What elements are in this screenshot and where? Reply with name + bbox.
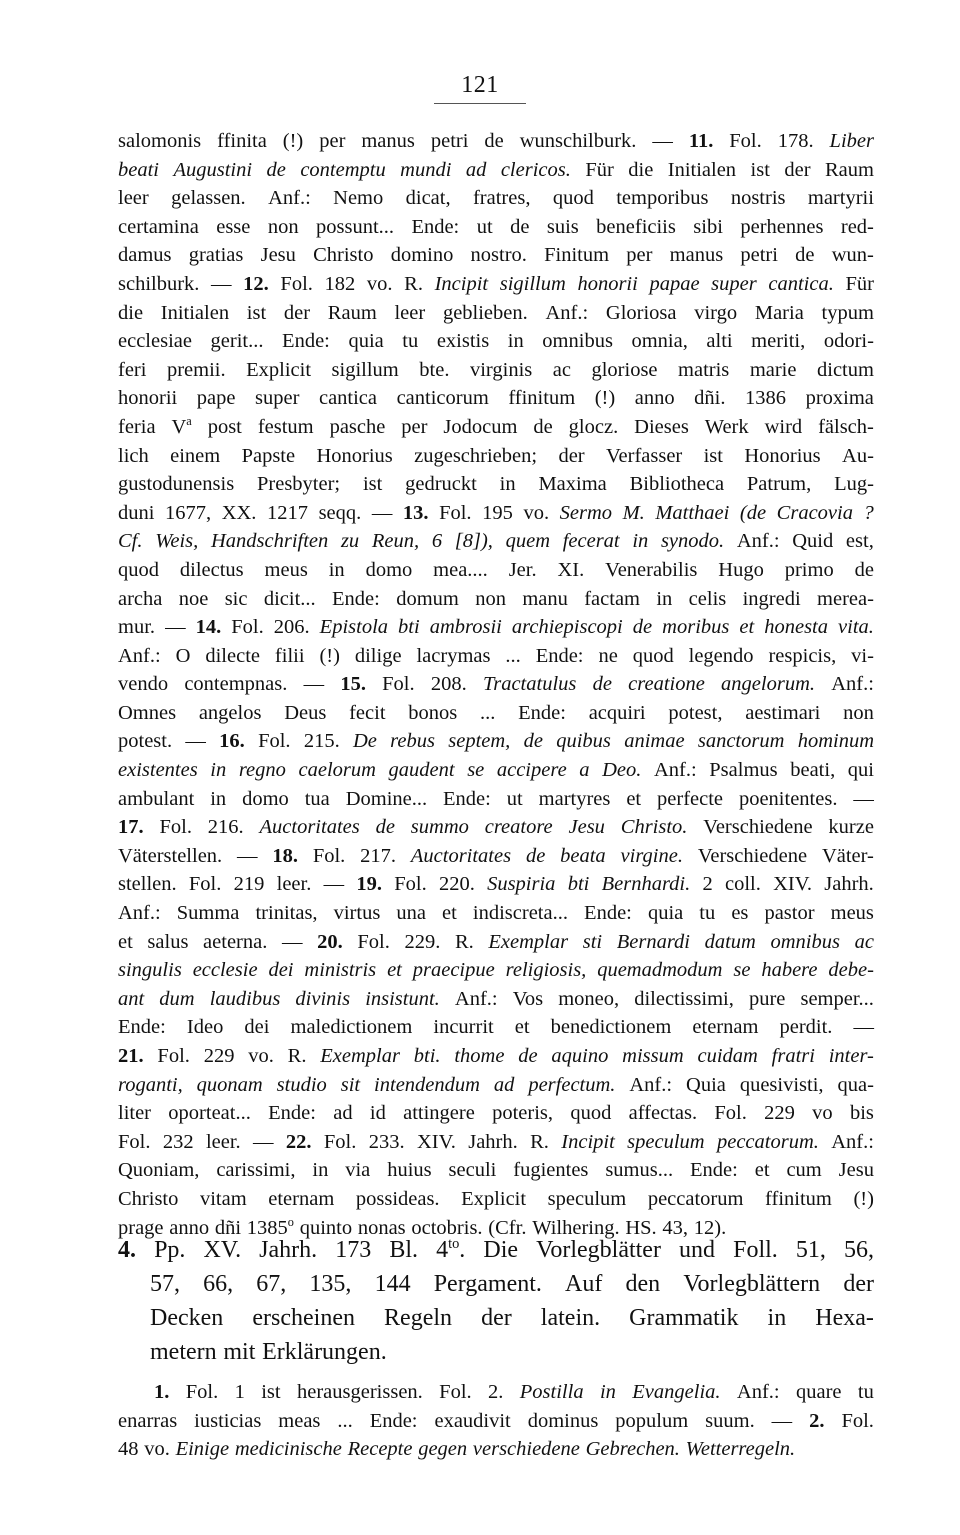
text-line: roganti,quonamstudiositintendendumadperf… (118, 1071, 874, 1100)
body-text: virginis (470, 356, 532, 385)
work-title-text: sit (341, 1071, 360, 1100)
body-text: perdit. (779, 1013, 832, 1042)
work-title-text: debe- (828, 956, 874, 985)
body-text: Ende: (584, 899, 632, 928)
body-text: 57, (150, 1267, 180, 1301)
text-line: Väterstellen.—18.Fol.217.Auctoritatesdeb… (118, 842, 874, 871)
work-title-text: [8]), (455, 527, 493, 556)
body-text: carissimi, (216, 1156, 295, 1185)
work-title-text: synodo. (661, 527, 724, 556)
body-text: 229 (204, 1042, 235, 1071)
item-number: 4. (118, 1233, 136, 1267)
body-text: Fol. (439, 1378, 471, 1407)
body-text: manus (670, 241, 724, 270)
body-text: Vos (513, 985, 543, 1014)
body-text: ambulant (118, 785, 194, 814)
body-text: Anf.: (545, 299, 588, 328)
body-text: Va (171, 413, 191, 442)
body-text: tu (402, 327, 418, 356)
body-text: 2. (488, 1378, 503, 1407)
body-text: legendo (689, 642, 754, 671)
body-text: qui (848, 756, 874, 785)
body-text: 1 (235, 1378, 245, 1407)
body-text: 233. (369, 1128, 405, 1157)
work-title-text: Einige (176, 1435, 230, 1464)
body-text: suum. (705, 1407, 755, 1436)
body-text: Bibliotheca (630, 470, 725, 499)
work-title-text: 6 (432, 527, 442, 556)
body-text: XX. (222, 499, 257, 528)
body-text: attingere (403, 1099, 475, 1128)
body-text: vo. (248, 1042, 274, 1071)
body-text: Die (483, 1233, 518, 1267)
body-text: Für (585, 156, 613, 185)
item-number: 12. (243, 270, 269, 299)
body-text: Vorlegblätter (536, 1233, 661, 1267)
body-text: Anf.: (831, 670, 874, 699)
work-title-text: praecipue (413, 956, 495, 985)
body-text: Auf (565, 1267, 602, 1301)
body-text: die (628, 156, 653, 185)
work-title-text: Bernhardi. (602, 870, 691, 899)
text-line: vendocontempnas.—15.Fol.208.Tractatulusd… (118, 670, 874, 699)
body-text: in (768, 1301, 787, 1335)
body-text: ist (247, 299, 266, 328)
body-text: Dieses (634, 413, 689, 442)
body-text: 51, (796, 1233, 826, 1267)
work-title-text: Matthaei (655, 499, 729, 528)
work-title-text: Postilla (520, 1378, 584, 1407)
body-text: Regeln (384, 1301, 452, 1335)
body-text: meas (278, 1407, 320, 1436)
work-title-text: thome (454, 1042, 504, 1071)
body-text: gelassen. (171, 184, 246, 213)
body-text: — (372, 499, 393, 528)
work-title-text: de (376, 813, 395, 842)
work-title-text: super (711, 270, 757, 299)
body-text: 4to. (436, 1233, 465, 1267)
body-text: fälsch- (818, 413, 874, 442)
body-text: Christo (118, 1185, 178, 1214)
text-line: etsalusaeterna.—20.Fol.229.R.Exemplarsti… (118, 928, 874, 957)
body-text: huius (387, 1156, 431, 1185)
body-text: moneo, (558, 985, 619, 1014)
body-text: Jer. (509, 556, 537, 585)
body-text: schilburk. (118, 270, 199, 299)
work-title-text: beati (118, 156, 159, 185)
body-text: vo. (144, 1435, 170, 1464)
body-text: ffinitum (508, 384, 575, 413)
body-text: — (772, 1407, 793, 1436)
work-title-text: dei (268, 956, 293, 985)
body-text: vendo (118, 670, 168, 699)
body-text: manu (522, 585, 568, 614)
body-text: benedictionem (551, 1013, 672, 1042)
body-text: Quid (792, 527, 833, 556)
work-title-text: Gebrechen. (586, 1435, 680, 1464)
body-text: gedruckt (405, 470, 477, 499)
work-title-text: beata (560, 842, 606, 871)
body-text: matris (678, 356, 729, 385)
body-text: typum (822, 299, 874, 328)
work-title-text: virgine. (621, 842, 683, 871)
body-text: omnibus (542, 327, 613, 356)
body-text: archa (118, 585, 162, 614)
body-text: et (515, 1013, 530, 1042)
body-text: Maxima (538, 470, 606, 499)
body-text: geblieben. (443, 299, 528, 328)
body-text: erscheinen (252, 1301, 355, 1335)
work-title-text: divinis (295, 985, 350, 1014)
body-text: lich (118, 442, 149, 471)
body-text: Verfasser (606, 442, 682, 471)
body-text: Initialen (668, 156, 736, 185)
body-text: Verschiedene (703, 813, 812, 842)
text-line: duni1677,XX.1217seqq.—13.Fol.195vo.Sermo… (118, 499, 874, 528)
body-text: Anf.: (118, 899, 161, 928)
body-text: ingredi (743, 585, 801, 614)
body-text: bis (850, 1099, 874, 1128)
work-title-text: bti. (414, 1042, 441, 1071)
text-line: 1.Fol.1istherausgerissen.Fol.2.Postillai… (118, 1378, 874, 1407)
work-title-text: quonam (197, 1071, 263, 1100)
body-text: coll. (725, 870, 761, 899)
body-text: de (795, 241, 814, 270)
body-text: 219 (234, 870, 265, 899)
work-title-text: zu (341, 527, 359, 556)
work-title-text: ? (864, 499, 874, 528)
body-text: cum (786, 1156, 821, 1185)
body-text: Ende: (332, 585, 380, 614)
body-text: certamina (118, 213, 199, 242)
body-text: vi- (851, 642, 874, 671)
body-text: Fol. (189, 870, 221, 899)
body-text: maledictionem (291, 1013, 413, 1042)
body-text: cantica (319, 384, 377, 413)
body-text: herausgerissen. (297, 1378, 423, 1407)
body-text: existis (437, 327, 489, 356)
body-text: Patrum, (747, 470, 811, 499)
body-text: Papste (242, 442, 296, 471)
text-line: 4.Pp.XV.Jahrh.173Bl.4to.DieVorlegblätter… (118, 1233, 874, 1267)
body-text: leer (118, 184, 149, 213)
work-title-text: roganti, (118, 1071, 183, 1100)
body-text: mea.... (433, 556, 488, 585)
body-text: ad (333, 1099, 352, 1128)
work-title-text: quibus (556, 727, 611, 756)
body-text: Domine... (346, 785, 427, 814)
body-text: in (210, 785, 226, 814)
body-text: proxima (806, 384, 874, 413)
body-text: dilectissimi, (634, 985, 734, 1014)
body-text: acquiri (589, 699, 646, 728)
body-text: Initialen (161, 299, 229, 328)
body-text: quesivisti, (740, 1071, 824, 1100)
body-text: feria (118, 413, 156, 442)
body-text: Finitum (544, 241, 609, 270)
body-text: Quia (686, 1071, 726, 1100)
text-line: existentesinregnocaelorumgaudentseaccipe… (118, 756, 874, 785)
work-title-text: Evangelia. (632, 1378, 720, 1407)
body-text: esse (216, 213, 250, 242)
body-text: gerit... (211, 327, 264, 356)
work-title-text: ecclesie (193, 956, 258, 985)
body-text: Foll. (733, 1233, 778, 1267)
body-text: quia (348, 327, 383, 356)
page-number: 121 (0, 72, 960, 99)
work-title-text: septem, (448, 727, 510, 756)
body-text: ut (477, 213, 493, 242)
work-title-text: sti (583, 928, 602, 957)
body-text: 178. (778, 127, 814, 156)
text-line: salomonisffinita(!)permanuspetridewunsch… (118, 127, 874, 156)
body-text: ne (598, 642, 617, 671)
body-text: — (185, 727, 206, 756)
body-text: est, (846, 527, 874, 556)
body-text: nostris (731, 184, 786, 213)
body-text: seculi (449, 1156, 497, 1185)
work-title-text: ant (118, 985, 144, 1014)
work-title-text: contemptu (300, 156, 385, 185)
body-text: Vorlegblättern (683, 1267, 820, 1301)
body-text: in (329, 556, 345, 585)
body-text: eternam (692, 1013, 758, 1042)
body-text: Jodocum (443, 413, 517, 442)
work-title-text: quem (506, 527, 550, 556)
work-title-text: cantica. (768, 270, 833, 299)
body-text: dicat, (406, 184, 451, 213)
body-text: Väterstellen. (118, 842, 222, 871)
work-title-text: animae (624, 727, 684, 756)
body-text: Ende: (518, 699, 566, 728)
body-text: meriti, (751, 327, 805, 356)
work-title-text: papae (649, 270, 699, 299)
text-line: Anf.:Odilectefilii(!)diligelacrymas...En… (118, 642, 874, 671)
body-text: to (448, 1236, 459, 1252)
work-title-text: Wetterregeln. (686, 1435, 796, 1464)
body-text: de (533, 413, 552, 442)
work-title-text: de (593, 670, 612, 699)
work-title-text: religiosis, (506, 956, 587, 985)
body-text: und (679, 1233, 715, 1267)
work-title-text: Christo. (621, 813, 688, 842)
work-title-text: fratri (772, 1042, 815, 1071)
body-text: Anf.: (455, 985, 498, 1014)
body-text: non (843, 699, 874, 728)
body-text: Fol. (439, 499, 471, 528)
body-text: Fol. (159, 813, 191, 842)
body-text: Psalmus (709, 756, 777, 785)
work-title-text: Auctoritates (411, 842, 511, 871)
body-text: der (481, 1301, 512, 1335)
body-text: Explicit (461, 1185, 526, 1214)
text-line: potest.—16.Fol.215.Derebusseptem,dequibu… (118, 727, 874, 756)
body-text: Jesu (261, 241, 296, 270)
body-text: bte. (419, 356, 449, 385)
text-line: antdumlaudibusdivinisinsistunt.Anf.:Vosm… (118, 985, 874, 1014)
body-text: mur. (118, 613, 155, 642)
body-text: pastor (764, 899, 814, 928)
body-text: 182 (325, 270, 356, 299)
work-title-text: perfectum. (528, 1071, 615, 1100)
text-line: Ende:Ideodeimaledictionemincurritetbened… (118, 1013, 874, 1042)
text-line: certaminaessenonpossunt...Ende:utdesuisb… (118, 213, 874, 242)
text-line: 48vo.EinigemedicinischeReceptegegenversc… (118, 1435, 874, 1464)
work-title-text: inter- (829, 1042, 874, 1071)
body-text: de (855, 556, 874, 585)
body-text: oporteat... (168, 1099, 251, 1128)
body-text: 215. (304, 727, 340, 756)
body-text: leer. (206, 1128, 241, 1157)
body-text: glocz. (569, 413, 619, 442)
body-text: affectas. (629, 1099, 697, 1128)
work-title-text: Bernardi (617, 928, 690, 957)
body-text: Ideo (187, 1013, 223, 1042)
body-text: Werk (705, 413, 749, 442)
item-number: 21. (118, 1042, 144, 1071)
body-text: Fol. (258, 727, 290, 756)
work-title-text: speculum (627, 1128, 704, 1157)
body-text: 144 (375, 1267, 411, 1301)
body-text: Für (845, 270, 873, 299)
item-number: 20. (317, 928, 343, 957)
body-text: per (626, 241, 652, 270)
work-title-text: ad (466, 156, 487, 185)
body-text: beneficiis (596, 213, 676, 242)
text-line: mur.—14.Fol.206.Epistolabtiambrosiiarchi… (118, 613, 874, 642)
work-title-text: mundi (400, 156, 451, 185)
body-text: ecclesiae (118, 327, 192, 356)
body-text: marie (750, 356, 797, 385)
body-text: Fol. (186, 1378, 218, 1407)
body-text: tu (699, 899, 715, 928)
body-text: virtus (334, 899, 381, 928)
body-text: Ende: (282, 327, 330, 356)
body-text: vo (812, 1099, 833, 1128)
body-text: potest. (118, 727, 172, 756)
body-text: eternam (268, 1185, 334, 1214)
body-text: R. (530, 1128, 549, 1157)
body-text: vo. (367, 270, 393, 299)
body-text: ffinita (217, 127, 267, 156)
text-line: archanoesicdicit...Ende:domumnonmanufact… (118, 585, 874, 614)
body-text: in (508, 327, 524, 356)
work-title-text: Jesu (569, 813, 605, 842)
body-text: poenitentes. (739, 785, 838, 814)
body-text: Christo (313, 241, 373, 270)
body-text: (!) (853, 1185, 873, 1214)
body-text: Jahrh. (468, 1128, 518, 1157)
text-line: feriaVapostfestumpascheperJodocumdeglocz… (118, 413, 874, 442)
work-title-text: Reun, (372, 527, 419, 556)
work-title-text: Exemplar (488, 928, 568, 957)
text-line: Quoniam,carissimi,inviahuiusseculifugien… (118, 1156, 874, 1185)
work-title-text: peccatorum. (717, 1128, 819, 1157)
body-text: possunt... (316, 213, 394, 242)
body-text: Fol. (280, 270, 312, 299)
item-number: 11. (689, 127, 714, 156)
body-text: sic (225, 585, 248, 614)
work-title-text: omnibus (770, 928, 839, 957)
body-text: 229. (404, 928, 440, 957)
body-text: dilectus (180, 556, 244, 585)
work-title-text: caelorum (299, 756, 376, 785)
body-text: et (626, 785, 641, 814)
work-title-text: Recepte (348, 1435, 413, 1464)
body-text: 216. (208, 813, 244, 842)
body-text: bonos (408, 699, 457, 728)
body-text: 1677, (165, 499, 211, 528)
body-text: meus (265, 556, 308, 585)
body-text: Raum (825, 156, 874, 185)
work-title-text: De (353, 727, 377, 756)
body-text: stellen. (118, 870, 177, 899)
body-text: Pp. (154, 1233, 185, 1267)
body-text: wunschilburk. (520, 127, 637, 156)
body-text: (!) (595, 384, 615, 413)
body-text: incurrit (433, 1013, 493, 1042)
body-text: Honorius (316, 442, 392, 471)
body-text: Jesu (839, 1156, 874, 1185)
body-text: Anf.: (737, 527, 780, 556)
body-text: filii (275, 642, 305, 671)
item-number: 22. (286, 1128, 312, 1157)
work-title-text: intendendum (374, 1071, 480, 1100)
work-title-text: Cracovia (777, 499, 853, 528)
body-text: celis (689, 585, 727, 614)
body-text: quod (570, 1099, 611, 1128)
body-text: Fol. (157, 1042, 189, 1071)
body-text: R. (288, 1042, 307, 1071)
section-4-heading-paragraph: 4.Pp.XV.Jahrh.173Bl.4to.DieVorlegblätter… (118, 1233, 874, 1369)
body-text: gratias (189, 241, 244, 270)
work-title-text: in (210, 756, 226, 785)
body-text: Fol. (231, 613, 263, 642)
work-title-text: Auctoritates (260, 813, 360, 842)
body-text: non (268, 213, 299, 242)
text-line: beatiAugustinidecontemptumundiadclericos… (118, 156, 874, 185)
body-text: — (253, 1128, 274, 1157)
body-text: 232 (163, 1128, 194, 1157)
body-text: domo (242, 785, 289, 814)
body-text: beati, (790, 756, 835, 785)
text-line: 21.Fol.229vo.R.Exemplarbti.thomedeaquino… (118, 1042, 874, 1071)
work-title-text: datum (705, 928, 756, 957)
body-text: — (211, 270, 232, 299)
body-text: Explicit (246, 356, 311, 385)
body-text: potest, (668, 699, 722, 728)
text-line: gustodunensisPresbyter;istgedrucktinMaxi… (118, 470, 874, 499)
work-title-text: de (526, 842, 545, 871)
text-line: Anf.:Summatrinitas,virtusunaetindiscreta… (118, 899, 874, 928)
body-text: exaudivit (434, 1407, 510, 1436)
body-text: suis (547, 213, 579, 242)
work-title-text: missum (622, 1042, 684, 1071)
body-text: 1217 (267, 499, 308, 528)
work-title-text: insistunt. (365, 985, 440, 1014)
body-text: Decken (150, 1301, 223, 1335)
body-text: O (176, 642, 191, 671)
body-text: wun- (832, 241, 874, 270)
body-text: manus (361, 127, 415, 156)
body-text: temporibus (616, 184, 708, 213)
work-title-text: Epistola (320, 613, 388, 642)
body-text: 56, (844, 1233, 874, 1267)
work-title-text: M. (623, 499, 645, 528)
body-text: post (208, 413, 242, 442)
item-number: 2. (809, 1407, 824, 1436)
body-text: 229 (764, 1099, 795, 1128)
